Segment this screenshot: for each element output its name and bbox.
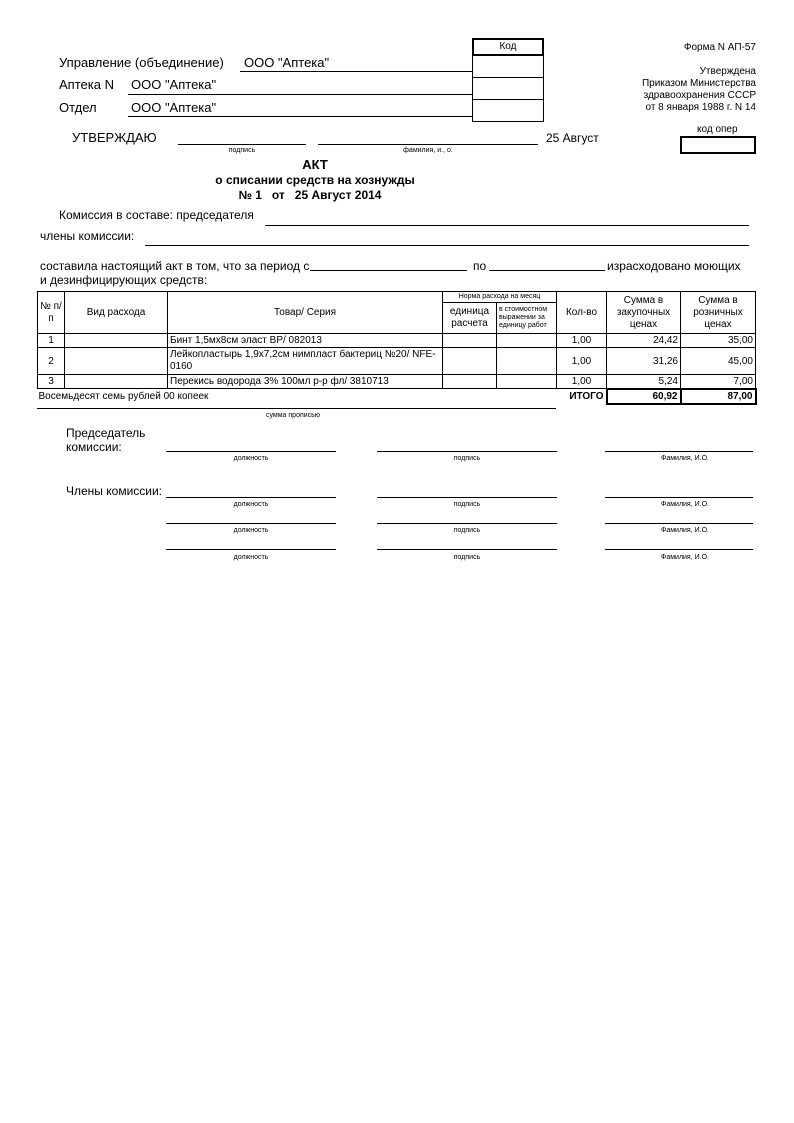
form-number: Форма N АП-57 [684, 42, 756, 53]
statement-part1: составила настоящий акт в том, что за пе… [40, 259, 309, 273]
code-cell-management [472, 56, 544, 78]
management-value: ООО "Аптека" [244, 55, 329, 70]
statement-part3: израсходовано моющих [607, 259, 741, 273]
member3-name-line [605, 549, 753, 550]
total-retail: 87,00 [681, 389, 756, 404]
period-to-line [489, 270, 605, 271]
items-table: № п/п Вид расхода Товар/ Серия Норма рас… [37, 291, 757, 405]
statement-line2: и дезинфицирующих средств: [40, 273, 207, 287]
row-expense-type [65, 348, 168, 375]
member3-position-caption: должность [166, 554, 336, 561]
row-num: 2 [38, 348, 65, 375]
row-cost [497, 375, 557, 389]
department-value: ООО "Аптека" [131, 100, 216, 115]
total-purchase: 60,92 [607, 389, 681, 404]
total-row: Восемьдесят семь рублей 00 копеек ИТОГО … [38, 389, 756, 404]
row-purchase: 5,24 [607, 375, 681, 389]
chair-position-caption: должность [166, 455, 336, 462]
member1-name-line [605, 497, 753, 498]
member1-signature-line [377, 497, 557, 498]
management-label: Управление (объединение) [59, 55, 224, 70]
pharmacy-value: ООО "Аптека" [131, 77, 216, 92]
row-purchase: 31,26 [607, 348, 681, 375]
member3-signature-caption: подпись [377, 554, 557, 561]
row-unit [443, 375, 497, 389]
op-code-label: код опер [697, 124, 738, 135]
member1-position-line [166, 497, 336, 498]
row-cost [497, 334, 557, 348]
approve-name-line [318, 144, 538, 145]
pharmacy-label: Аптека N [59, 77, 114, 92]
commission-members-label: члены комиссии: [40, 229, 134, 243]
member2-name-line [605, 523, 753, 524]
department-underline [128, 116, 472, 117]
approve-signature-caption: подпись [178, 147, 306, 154]
approved-line-2: Приказом Министерства [642, 78, 756, 89]
member2-name-caption: Фамилия, И.О. [605, 527, 765, 534]
approved-line-1: Утверждена [700, 66, 756, 77]
header-num: № п/п [38, 292, 65, 334]
row-qty: 1,00 [557, 334, 607, 348]
chair-signature-line [377, 451, 557, 452]
chair-signature-caption: подпись [377, 455, 557, 462]
header-purchase-sum: Сумма в закупочных ценах [607, 292, 681, 334]
header-expense-type: Вид расхода [65, 292, 168, 334]
code-cell-pharmacy [472, 78, 544, 100]
row-retail: 45,00 [681, 348, 756, 375]
row-expense-type [65, 375, 168, 389]
pharmacy-underline [128, 94, 472, 95]
commission-chair-label: Комиссия в составе: председателя [59, 208, 254, 222]
table-row: 3 Перекись водорода 3% 100мл р-р фл/ 381… [38, 375, 756, 389]
act-subtitle: о списании средств на хознужды [170, 173, 460, 187]
member3-name-caption: Фамилия, И.О. [605, 554, 765, 561]
sum-in-words-line [37, 408, 556, 409]
chair-label-line1: Председатель [66, 426, 145, 440]
approved-line-3: здравоохранения СССР [644, 90, 756, 101]
header-norm-group: Норма расхода на месяц [443, 292, 557, 303]
row-num: 1 [38, 334, 65, 348]
chair-position-line [166, 451, 336, 452]
code-box: Код [472, 38, 544, 122]
approve-signature-line [178, 144, 306, 145]
row-num: 3 [38, 375, 65, 389]
approve-label: УТВЕРЖДАЮ [72, 130, 157, 145]
row-unit [443, 348, 497, 375]
sum-in-words: Восемьдесят семь рублей 00 копеек [38, 389, 557, 404]
member1-name-caption: Фамилия, И.О. [605, 501, 765, 508]
op-code-box [680, 136, 756, 154]
chair-name-line [605, 451, 753, 452]
members-label: Члены комиссии: [66, 484, 162, 498]
table-row: 2 Лейкопластырь 1,9х7,2см нимпласт бакте… [38, 348, 756, 375]
statement-part2: по [473, 259, 486, 273]
act-number-date: № 1 от 25 Август 2014 [170, 188, 450, 202]
row-qty: 1,00 [557, 348, 607, 375]
header-unit: единица расчета [443, 303, 497, 334]
period-from-line [310, 270, 467, 271]
header-cost-per-unit: в стоимостном выражении за единицу работ [497, 303, 557, 334]
chair-name-caption: Фамилия, И.О. [605, 455, 765, 462]
chair-label-line2: комиссии: [66, 440, 122, 454]
member1-position-caption: должность [166, 501, 336, 508]
sum-in-words-caption: сумма прописью [266, 412, 320, 419]
member1-signature-caption: подпись [377, 501, 557, 508]
row-product: Лейкопластырь 1,9х7,2см нимпласт бактери… [168, 348, 443, 375]
member3-signature-line [377, 549, 557, 550]
row-purchase: 24,42 [607, 334, 681, 348]
row-retail: 35,00 [681, 334, 756, 348]
row-product: Перекись водорода 3% 100мл р-р фл/ 38107… [168, 375, 443, 389]
member2-signature-line [377, 523, 557, 524]
row-retail: 7,00 [681, 375, 756, 389]
header-product: Товар/ Серия [168, 292, 443, 334]
member2-position-line [166, 523, 336, 524]
approve-name-caption: фамилия, и., о. [318, 147, 538, 154]
header-qty: Кол-во [557, 292, 607, 334]
commission-chair-line [265, 225, 749, 226]
management-underline [240, 71, 472, 72]
row-unit [443, 334, 497, 348]
member2-signature-caption: подпись [377, 527, 557, 534]
row-expense-type [65, 334, 168, 348]
department-label: Отдел [59, 100, 97, 115]
total-label: ИТОГО [557, 389, 607, 404]
member2-position-caption: должность [166, 527, 336, 534]
table-row: 1 Бинт 1,5мх8см эласт ВР/ 082013 1,00 24… [38, 334, 756, 348]
commission-members-line [145, 245, 749, 246]
code-header: Код [472, 38, 544, 56]
header-retail-sum: Сумма в розничных ценах [681, 292, 756, 334]
row-qty: 1,00 [557, 375, 607, 389]
row-cost [497, 348, 557, 375]
code-cell-department [472, 100, 544, 122]
approved-line-4: от 8 января 1988 г. N 14 [645, 102, 756, 113]
approve-date: 25 Август [546, 131, 599, 145]
act-title: АКТ [200, 157, 430, 172]
member3-position-line [166, 549, 336, 550]
row-product: Бинт 1,5мх8см эласт ВР/ 082013 [168, 334, 443, 348]
